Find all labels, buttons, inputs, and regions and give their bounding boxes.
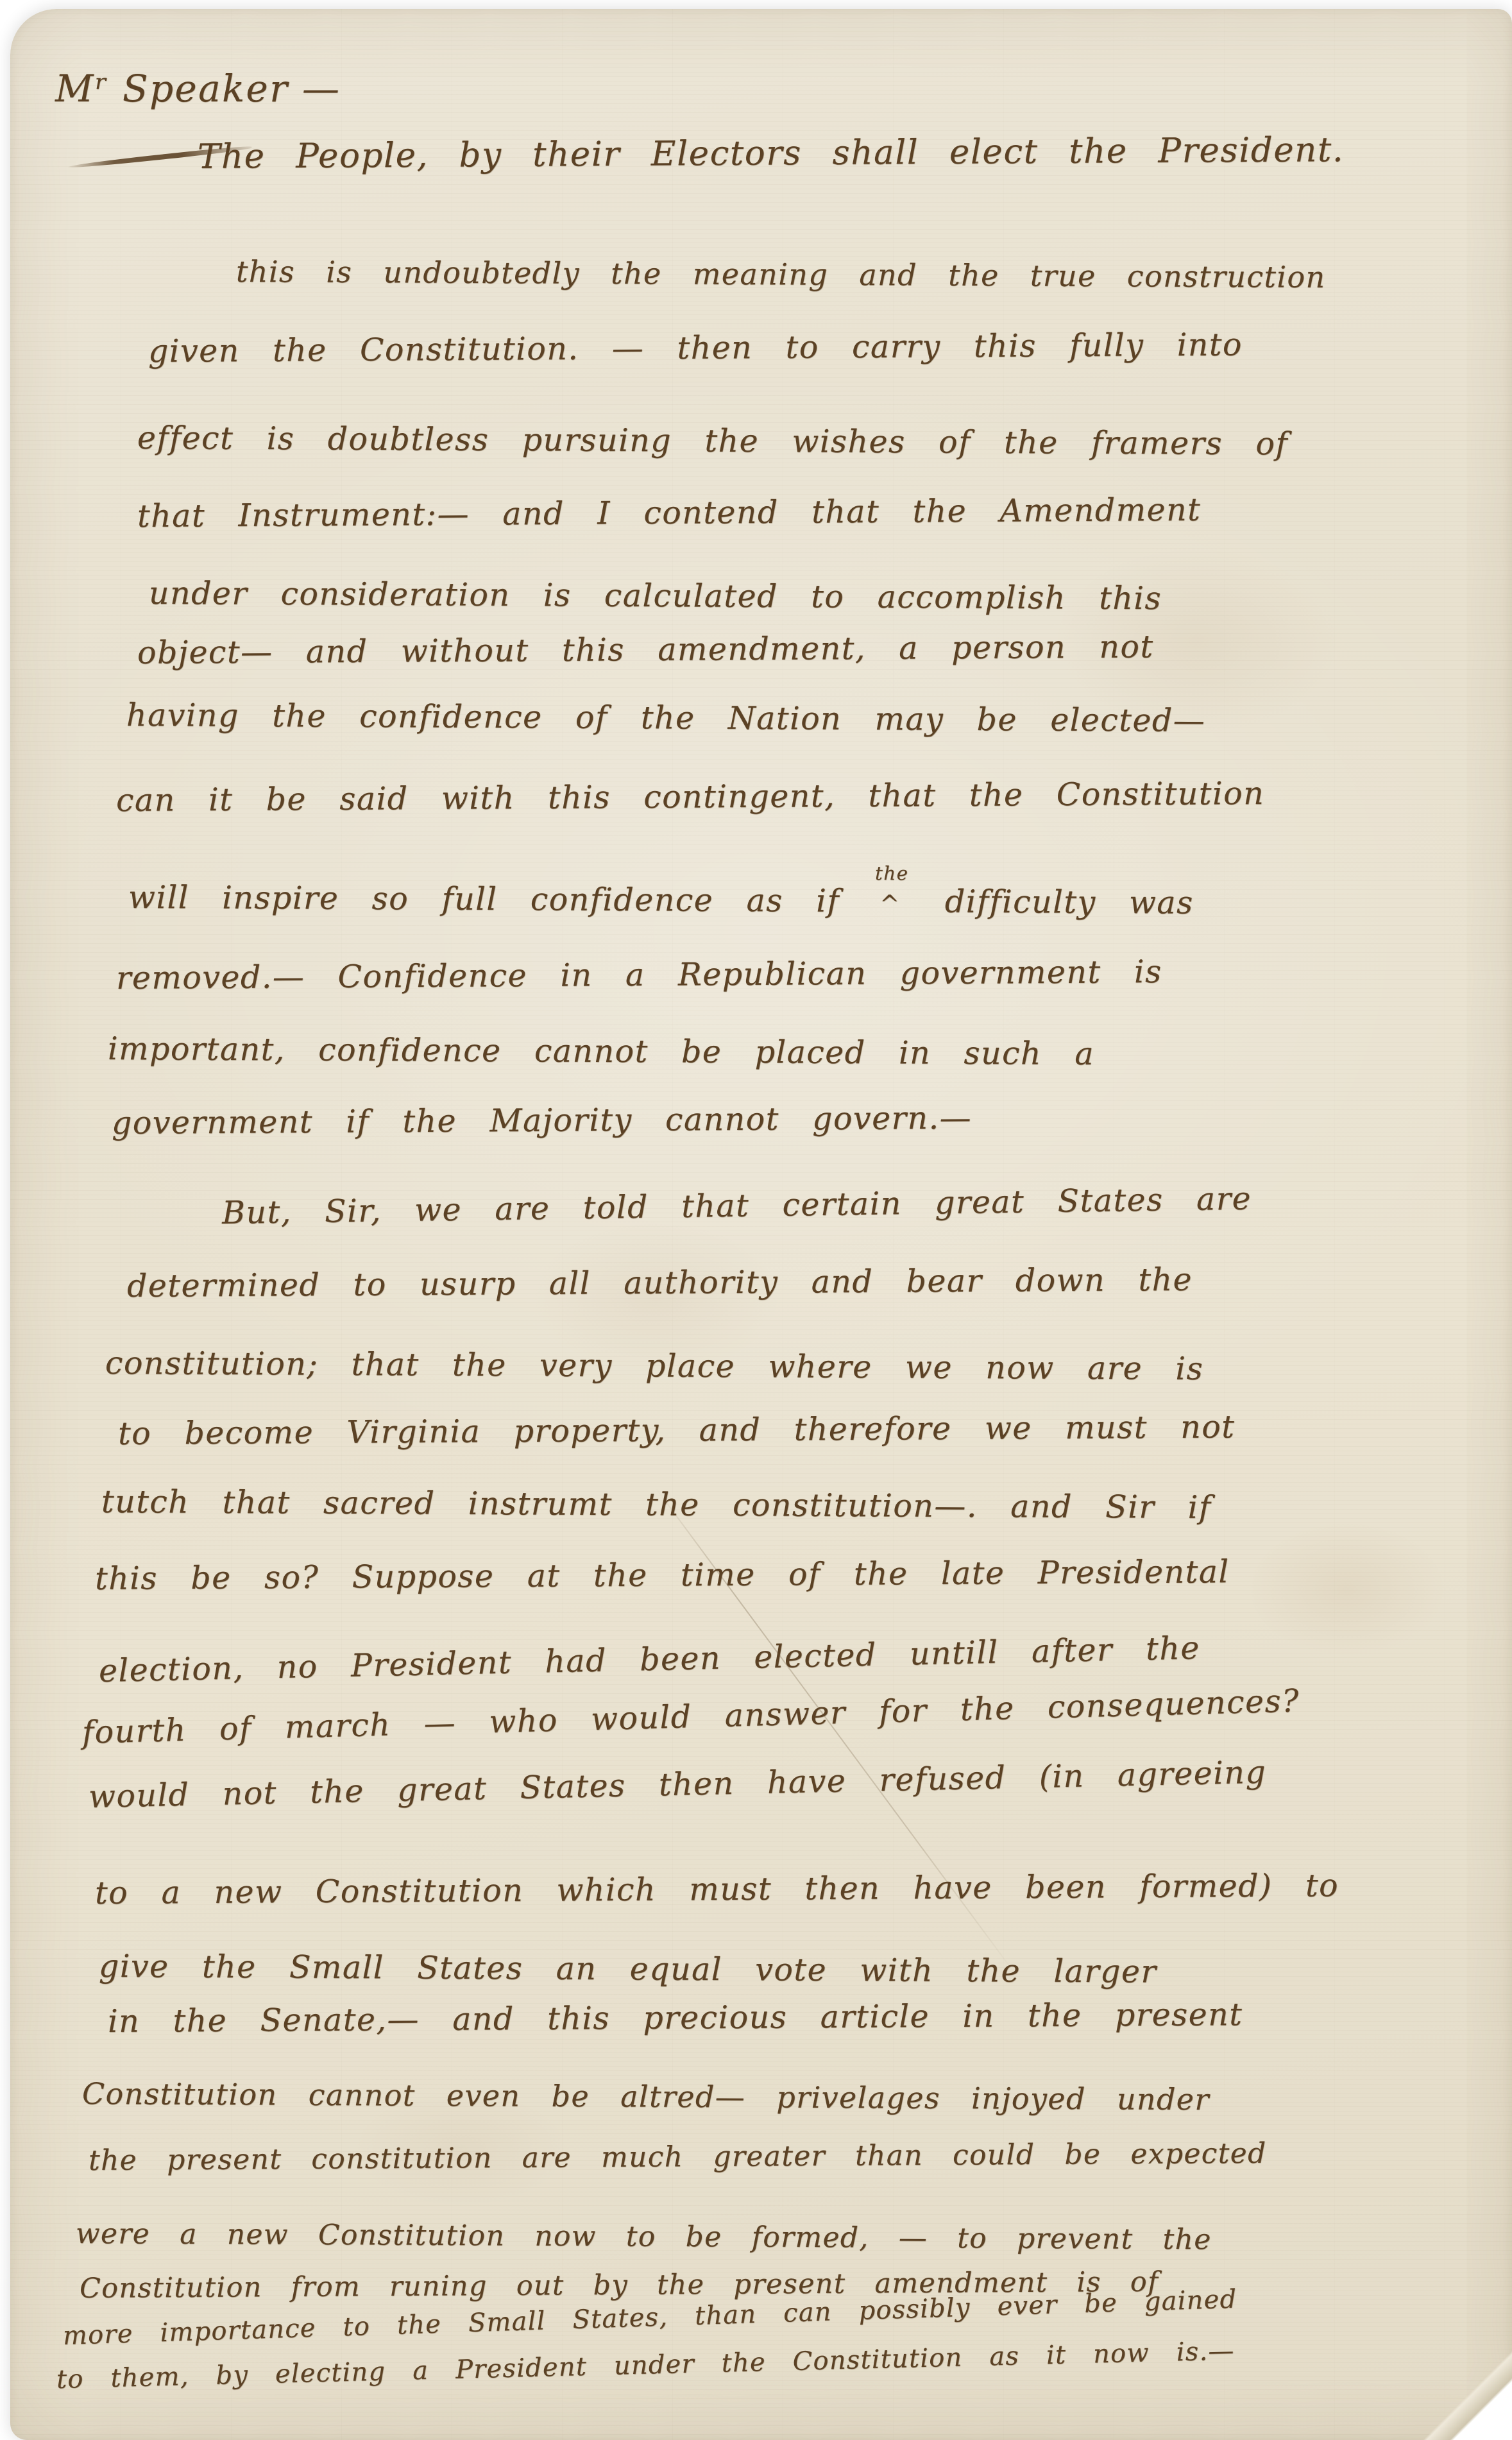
- manuscript-line: this is undoubtedly the meaning and the …: [236, 254, 1326, 294]
- manuscript-line: constitution; that the very place where …: [105, 1345, 1203, 1387]
- manuscript-line: effect is doubtless pursuing the wishes …: [137, 420, 1288, 462]
- manuscript-line: fourth of march — who would answer for t…: [81, 1682, 1300, 1751]
- manuscript-line: important, confidence cannot be placed i…: [108, 1030, 1094, 1072]
- manuscript-line: were a new Constitution now to be formed…: [76, 2217, 1212, 2256]
- manuscript-line: the present constitution are much greate…: [89, 2137, 1267, 2177]
- manuscript-line: Constitution cannot even be altred— priv…: [82, 2076, 1210, 2117]
- manuscript-paper-sheet: Mʳ Speaker — The People, by their Electo…: [10, 9, 1512, 2440]
- manuscript-line: But, Sir, we are told that certain great…: [222, 1181, 1252, 1231]
- manuscript-line: under consideration is calculated to acc…: [149, 575, 1162, 617]
- manuscript-line: that Instrument:— and I contend that the…: [137, 491, 1202, 534]
- manuscript-line: in the Senate,— and this precious articl…: [108, 1996, 1243, 2040]
- manuscript-line: give the Small States an equal vote with…: [99, 1948, 1157, 1990]
- manuscript-line: will inspire so full confidence as if th…: [128, 876, 1194, 921]
- speaker-salutation: Mʳ Speaker —: [55, 67, 341, 110]
- interlinear-insertion: the^: [872, 880, 912, 912]
- manuscript-line: object— and without this amendment, a pe…: [137, 628, 1154, 671]
- manuscript-line: to become Virginia property, and therefo…: [118, 1408, 1236, 1452]
- manuscript-line: to a new Constitution which must then ha…: [95, 1867, 1339, 1911]
- manuscript-line: given the Constitution. — then to carry …: [148, 327, 1243, 370]
- manuscript-line: having the confidence of the Nation may …: [126, 697, 1206, 739]
- manuscript-line: The People, by their Electors shall elec…: [198, 130, 1345, 176]
- manuscript-line: government if the Majority cannot govern…: [112, 1100, 972, 1141]
- manuscript-line: removed.— Confidence in a Republican gov…: [116, 953, 1162, 996]
- manuscript-line: would not the great States then have ref…: [88, 1754, 1266, 1815]
- folded-corner: [1418, 2346, 1512, 2440]
- manuscript-line: determined to usurp all authority and be…: [127, 1261, 1193, 1304]
- manuscript-line: this be so? Suppose at the time of the l…: [95, 1553, 1230, 1597]
- scanned-page-background: { "page": { "background_color": "#ffffff…: [0, 0, 1512, 2440]
- manuscript-line: can it be said with this contingent, tha…: [116, 775, 1264, 819]
- manuscript-line: election, no President had been elected …: [98, 1630, 1200, 1689]
